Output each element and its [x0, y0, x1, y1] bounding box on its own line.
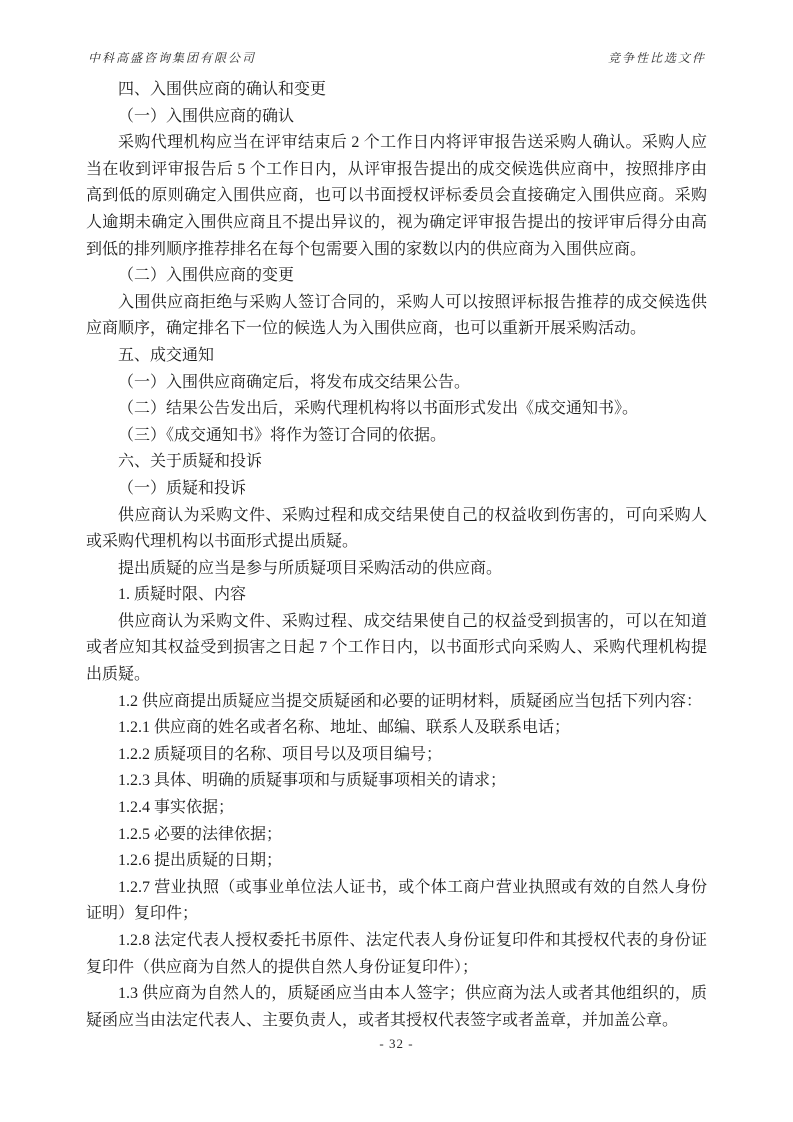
- paragraph: （二）结果公告发出后，采购代理机构将以书面形式发出《成交通知书》。: [86, 396, 707, 423]
- paragraph: （三）《成交通知书》将作为签订合同的依据。: [86, 423, 707, 450]
- paragraph: 1.3 供应商为自然人的，质疑函应当由本人签字；供应商为法人或者其他组织的，质疑…: [86, 981, 707, 1034]
- paragraph: 1. 质疑时限、内容: [86, 582, 707, 609]
- paragraph: 1.2.4 事实依据；: [86, 795, 707, 822]
- page-header: 中科高盛咨询集团有限公司 竞争性比选文件: [88, 49, 706, 66]
- header-company-name: 中科高盛咨询集团有限公司: [88, 49, 256, 66]
- section-heading: 六、关于质疑和投诉: [86, 449, 707, 476]
- paragraph: 供应商认为采购文件、采购过程和成交结果使自己的权益收到伤害的，可向采购人或采购代…: [86, 503, 707, 556]
- paragraph: 1.2.1 供应商的姓名或者名称、地址、邮编、联系人及联系电话；: [86, 715, 707, 742]
- section-heading: 五、成交通知: [86, 343, 707, 370]
- paragraph: 1.2.7 营业执照（或事业单位法人证书，或个体工商户营业执照或有效的自然人身份…: [86, 875, 707, 928]
- paragraph: 1.2.2 质疑项目的名称、项目号以及项目编号；: [86, 742, 707, 769]
- document-page: 中科高盛咨询集团有限公司 竞争性比选文件 四、入围供应商的确认和变更（一）入围供…: [0, 0, 793, 1122]
- paragraph: 1.2 供应商提出质疑应当提交质疑函和必要的证明材料，质疑函应当包括下列内容：: [86, 689, 707, 716]
- paragraph: 1.2.6 提出质疑的日期；: [86, 848, 707, 875]
- paragraph: 提出质疑的应当是参与所质疑项目采购活动的供应商。: [86, 556, 707, 583]
- paragraph: 供应商认为采购文件、采购过程、成交结果使自己的权益受到损害的，可以在知道或者应知…: [86, 609, 707, 689]
- paragraph: 入围供应商拒绝与采购人签订合同的，采购人可以按照评标报告推荐的成交候选供应商顺序…: [86, 290, 707, 343]
- page-number: - 32 -: [379, 1036, 413, 1051]
- section-heading: （一）入围供应商的确认: [86, 104, 707, 131]
- page-footer: - 32 -: [0, 1036, 793, 1052]
- paragraph: 1.2.5 必要的法律依据；: [86, 822, 707, 849]
- header-document-type: 竞争性比选文件: [608, 49, 706, 66]
- section-heading: （二）入围供应商的变更: [86, 263, 707, 290]
- paragraph: 1.2.8 法定代表人授权委托书原件、法定代表人身份证复印件和其授权代表的身份证…: [86, 928, 707, 981]
- section-heading: （一）质疑和投诉: [86, 476, 707, 503]
- paragraph: （一）入围供应商确定后，将发布成交结果公告。: [86, 370, 707, 397]
- paragraph: 1.2.3 具体、明确的质疑事项和与质疑事项相关的请求；: [86, 768, 707, 795]
- document-body: 四、入围供应商的确认和变更（一）入围供应商的确认采购代理机构应当在评审结束后 2…: [86, 77, 707, 1034]
- section-heading: 四、入围供应商的确认和变更: [86, 77, 707, 104]
- paragraph: 采购代理机构应当在评审结束后 2 个工作日内将评审报告送采购人确认。采购人应当在…: [86, 130, 707, 263]
